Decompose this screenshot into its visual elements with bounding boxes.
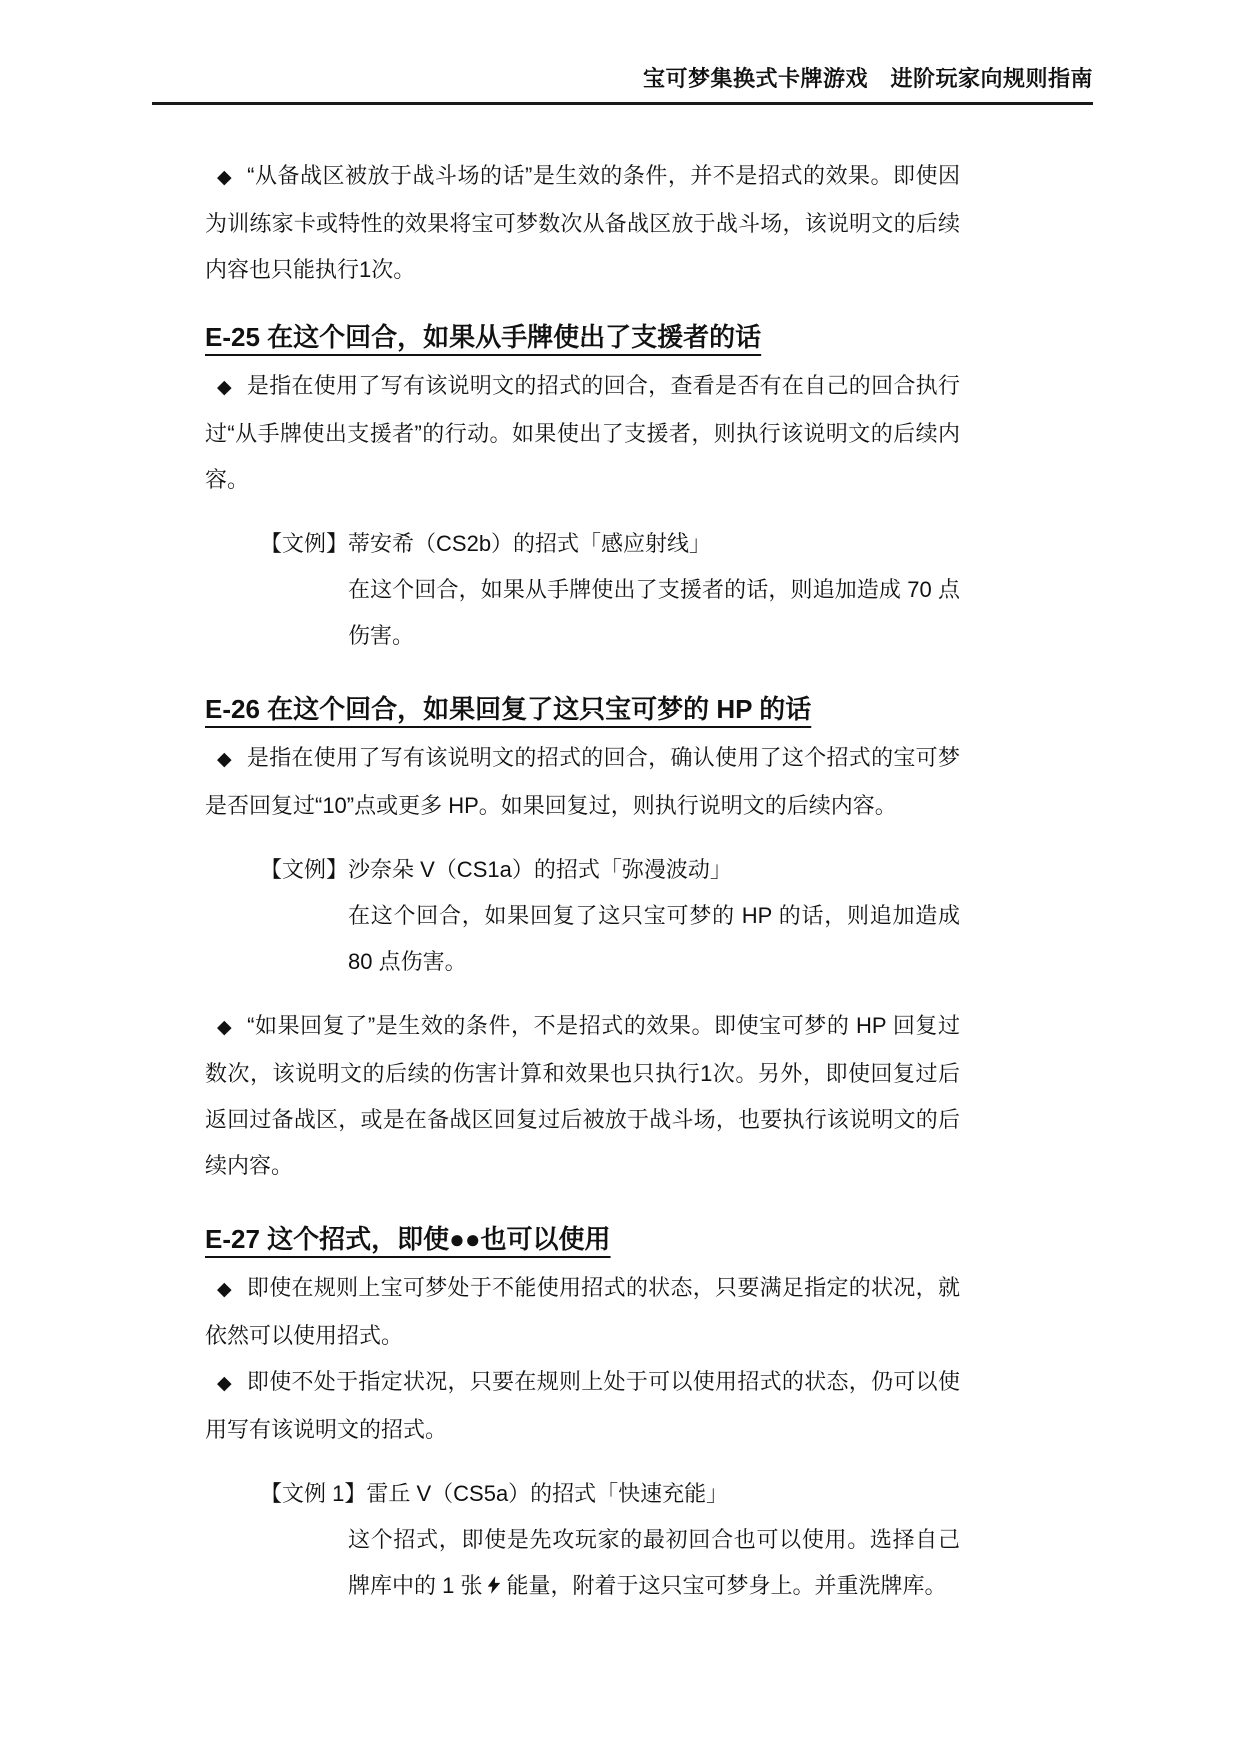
example-label: 【文例 1】 [260,1481,366,1506]
bullet-paragraph: ◆即使不处于指定状况，只要在规则上处于可以使用招式的状态，仍可以使用写有该说明文… [205,1359,960,1453]
section-heading-text: E-26 在这个回合，如果回复了这只宝可梦的 HP 的话 [205,694,811,724]
example-block: 【文例】蒂安希（CS2b）的招式「感应射线」 在这个回合，如果从手牌使出了支援者… [260,521,960,659]
diamond-bullet-icon: ◆ [217,1373,232,1394]
example-body: 这个招式，即使是先攻玩家的最初回合也可以使用。选择自己牌库中的 1 张能量，附着… [348,1517,960,1609]
bullet-paragraph: ◆即使在规则上宝可梦处于不能使用招式的状态，只要满足指定的状况，就依然可以使用招… [205,1265,960,1359]
example-label: 【文例】 [260,857,348,882]
diamond-bullet-icon: ◆ [217,749,232,770]
example-head: 【文例】蒂安希（CS2b）的招式「感应射线」 [260,521,960,567]
section-heading-e27: E-27 这个招式，即使●●也可以使用 [205,1215,960,1263]
document-body: ◆“从备战区被放于战斗场的话”是生效的条件，并不是招式的效果。即使因为训练家卡或… [205,105,960,1609]
lightning-energy-icon [484,1565,504,1585]
bullet-text: 即使不处于指定状况，只要在规则上处于可以使用招式的状态，仍可以使用写有该说明文的… [205,1369,960,1442]
bullet-paragraph: ◆是指在使用了写有该说明文的招式的回合，确认使用了这个招式的宝可梦是否回复过“1… [205,735,960,829]
example-title: 蒂安希（CS2b）的招式「感应射线」 [348,531,711,556]
header-rule: 宝可梦集换式卡牌游戏 进阶玩家向规则指南 [152,62,1093,105]
bullet-text: 是指在使用了写有该说明文的招式的回合，确认使用了这个招式的宝可梦是否回复过“10… [205,745,960,818]
example-title: 雷丘 V（CS5a）的招式「快速充能」 [366,1481,728,1506]
example-block: 【文例 1】雷丘 V（CS5a）的招式「快速充能」 这个招式，即使是先攻玩家的最… [260,1471,960,1609]
header-title: 宝可梦集换式卡牌游戏 进阶玩家向规则指南 [643,66,1093,91]
section-heading-e26: E-26 在这个回合，如果回复了这只宝可梦的 HP 的话 [205,685,960,733]
document-header: 宝可梦集换式卡牌游戏 进阶玩家向规则指南 [152,0,1093,105]
bullet-text: 即使在规则上宝可梦处于不能使用招式的状态，只要满足指定的状况，就依然可以使用招式… [205,1275,960,1348]
bullet-text: “从备战区被放于战斗场的话”是生效的条件，并不是招式的效果。即使因为训练家卡或特… [205,163,960,282]
example-label: 【文例】 [260,531,348,556]
example-body-text: 能量，附着于这只宝可梦身上。并重洗牌库。 [506,1573,946,1598]
diamond-bullet-icon: ◆ [217,1279,232,1300]
example-head: 【文例】沙奈朵 V（CS1a）的招式「弥漫波动」 [260,847,960,893]
section-heading-text: E-25 在这个回合，如果从手牌使出了支援者的话 [205,322,761,352]
bullet-paragraph: ◆是指在使用了写有该说明文的招式的回合，查看是否有在自己的回合执行过“从手牌使出… [205,363,960,503]
example-title: 沙奈朵 V（CS1a）的招式「弥漫波动」 [348,857,732,882]
diamond-bullet-icon: ◆ [217,377,232,398]
example-body: 在这个回合，如果回复了这只宝可梦的 HP 的话，则追加造成 80 点伤害。 [348,893,960,985]
bullet-text: 是指在使用了写有该说明文的招式的回合，查看是否有在自己的回合执行过“从手牌使出支… [205,373,960,492]
bullet-paragraph: ◆“如果回复了”是生效的条件，不是招式的效果。即使宝可梦的 HP 回复过数次，该… [205,1003,960,1189]
example-body: 在这个回合，如果从手牌使出了支援者的话，则追加造成 70 点伤害。 [348,567,960,659]
example-block: 【文例】沙奈朵 V（CS1a）的招式「弥漫波动」 在这个回合，如果回复了这只宝可… [260,847,960,985]
bullet-paragraph: ◆“从备战区被放于战斗场的话”是生效的条件，并不是招式的效果。即使因为训练家卡或… [205,153,960,293]
example-head: 【文例 1】雷丘 V（CS5a）的招式「快速充能」 [260,1471,960,1517]
diamond-bullet-icon: ◆ [217,167,232,188]
section-heading-text: E-27 这个招式，即使●●也可以使用 [205,1224,611,1254]
diamond-bullet-icon: ◆ [217,1017,232,1038]
bullet-text: “如果回复了”是生效的条件，不是招式的效果。即使宝可梦的 HP 回复过数次，该说… [205,1013,960,1178]
section-heading-e25: E-25 在这个回合，如果从手牌使出了支援者的话 [205,313,960,361]
